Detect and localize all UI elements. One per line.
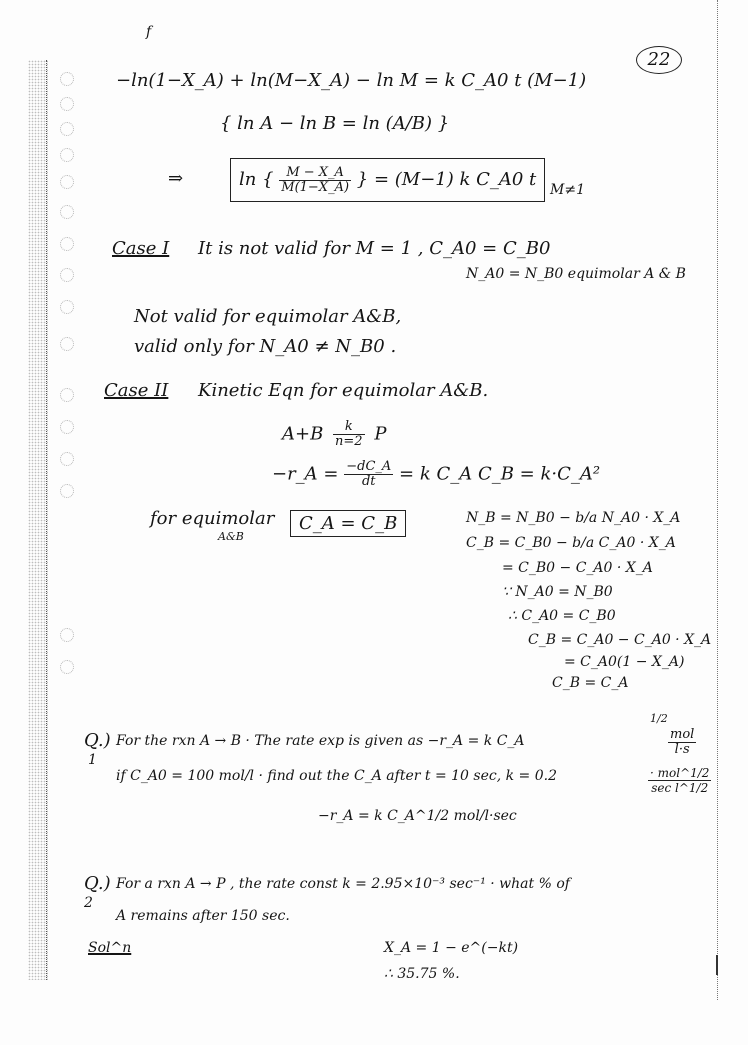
k-unit-numerator: · mol^1/2 <box>648 766 711 781</box>
step: C_B = C_A0 − C_A0 · X_A <box>528 632 711 648</box>
step: = C_A0(1 − X_A) <box>564 654 684 670</box>
product: P <box>374 424 386 445</box>
rate-derivative: −dC_A dt <box>344 460 393 489</box>
punch-hole <box>60 72 74 86</box>
q1-exponent: 1/2 <box>650 712 668 725</box>
unit-denominator: l·s <box>668 743 696 757</box>
case-1-label: Case I <box>112 238 169 259</box>
punch-hole <box>60 205 74 219</box>
case-1-statement-2: N_A0 = N_B0 equimolar A & B <box>466 266 686 282</box>
derivative-numerator: −dC_A <box>344 460 393 475</box>
q2-line-2: A remains after 150 sec. <box>116 908 290 924</box>
punch-hole <box>60 388 74 402</box>
q1-line-2: if C_A0 = 100 mol/l · find out the C_A a… <box>116 768 557 784</box>
rate-constant-label: k <box>333 420 365 435</box>
page-number: 22 <box>636 46 682 74</box>
step: ∵ N_A0 = N_B0 <box>502 584 613 600</box>
punch-hole <box>60 122 74 136</box>
punch-hole <box>60 484 74 498</box>
case-1-note-1: Not valid for equimolar A&B, <box>134 306 401 327</box>
fraction-numerator: M − X_A <box>279 166 351 181</box>
case-1-note-2: valid only for N_A0 ≠ N_B0 . <box>134 336 396 357</box>
case-2-label: Case II <box>104 380 168 401</box>
boxed-result-prefix: ln { <box>239 169 274 190</box>
condition: M≠1 <box>550 182 585 198</box>
unit-numerator: mol <box>668 728 696 743</box>
step: C_B = C_B0 − b/a C_A0 · X_A <box>466 535 676 551</box>
reactants: A+B <box>282 424 323 445</box>
margin-mark <box>716 955 718 975</box>
q1-k-unit: · mol^1/2 sec l^1/2 <box>648 766 711 795</box>
derivative-denominator: dt <box>344 475 393 489</box>
q1-line-3: −r_A = k C_A^1/2 mol/l·sec <box>318 808 517 824</box>
q2-number: 2 <box>84 895 93 911</box>
for-equimolar-sub: A&B <box>218 530 244 543</box>
implies-symbol: ⇒ <box>168 168 183 189</box>
punch-hole <box>60 237 74 251</box>
q2-formula: X_A = 1 − e^(−kt) <box>384 940 518 956</box>
boxed-result: ln { M − X_A M(1−X_A) } = (M−1) k C_A0 t <box>230 158 545 202</box>
reaction: A+B k n=2 P <box>282 420 386 449</box>
q1-label: Q.) <box>84 730 111 751</box>
punch-hole <box>60 420 74 434</box>
top-mark: f <box>146 24 151 40</box>
fraction-denominator: M(1−X_A) <box>279 181 351 195</box>
boxed-equal: C_A = C_B <box>290 510 406 537</box>
case-2-title: Kinetic Eqn for equimolar A&B. <box>198 380 488 401</box>
binding-strip <box>28 60 48 980</box>
step: ∴ C_A0 = C_B0 <box>508 608 616 624</box>
punch-hole <box>60 148 74 162</box>
order-label: n=2 <box>333 435 365 449</box>
rate-rhs: = k C_A C_B = k·C_A² <box>399 464 600 485</box>
step: C_B = C_A <box>552 675 628 691</box>
q2-label: Q.) <box>84 873 111 894</box>
punch-hole <box>60 175 74 189</box>
binding-edge <box>46 60 48 980</box>
rate-equation: −r_A = −dC_A dt = k C_A C_B = k·C_A² <box>272 460 600 489</box>
notes-page: f 22 −ln(1−X_A) + ln(M−X_A) − ln M = k C… <box>0 0 748 1045</box>
punch-hole <box>60 300 74 314</box>
q1-number: 1 <box>88 752 97 768</box>
boxed-result-suffix: } = (M−1) k C_A0 t <box>357 169 537 190</box>
q1-unit: mol l·s <box>668 728 696 757</box>
punch-hole <box>60 660 74 674</box>
log-identity: { ln A − ln B = ln (A/B) } <box>220 113 449 134</box>
punch-hole <box>60 268 74 282</box>
punch-hole <box>60 452 74 466</box>
q2-answer: ∴ 35.75 %. <box>384 966 460 982</box>
step: N_B = N_B0 − b/a N_A0 · X_A <box>466 510 680 526</box>
equation-line-1: −ln(1−X_A) + ln(M−X_A) − ln M = k C_A0 t… <box>116 70 586 91</box>
boxed-result-fraction: M − X_A M(1−X_A) <box>279 166 351 195</box>
k-unit-denominator: sec l^1/2 <box>648 781 711 795</box>
punch-hole <box>60 97 74 111</box>
q1-line-1: For the rxn A → B · The rate exp is give… <box>116 733 525 749</box>
q2-line-1: For a rxn A → P , the rate const k = 2.9… <box>116 876 570 892</box>
margin-rule <box>717 0 719 1000</box>
for-equimolar: for equimolar <box>150 508 274 529</box>
step: = C_B0 − C_A0 · X_A <box>502 560 653 576</box>
reaction-arrow: k n=2 <box>333 420 365 449</box>
punch-hole <box>60 628 74 642</box>
solution-label: Sol^n <box>88 940 131 956</box>
punch-hole <box>60 337 74 351</box>
rate-lhs: −r_A = <box>272 464 339 485</box>
case-1-statement: It is not valid for M = 1 , C_A0 = C_B0 <box>198 238 550 259</box>
